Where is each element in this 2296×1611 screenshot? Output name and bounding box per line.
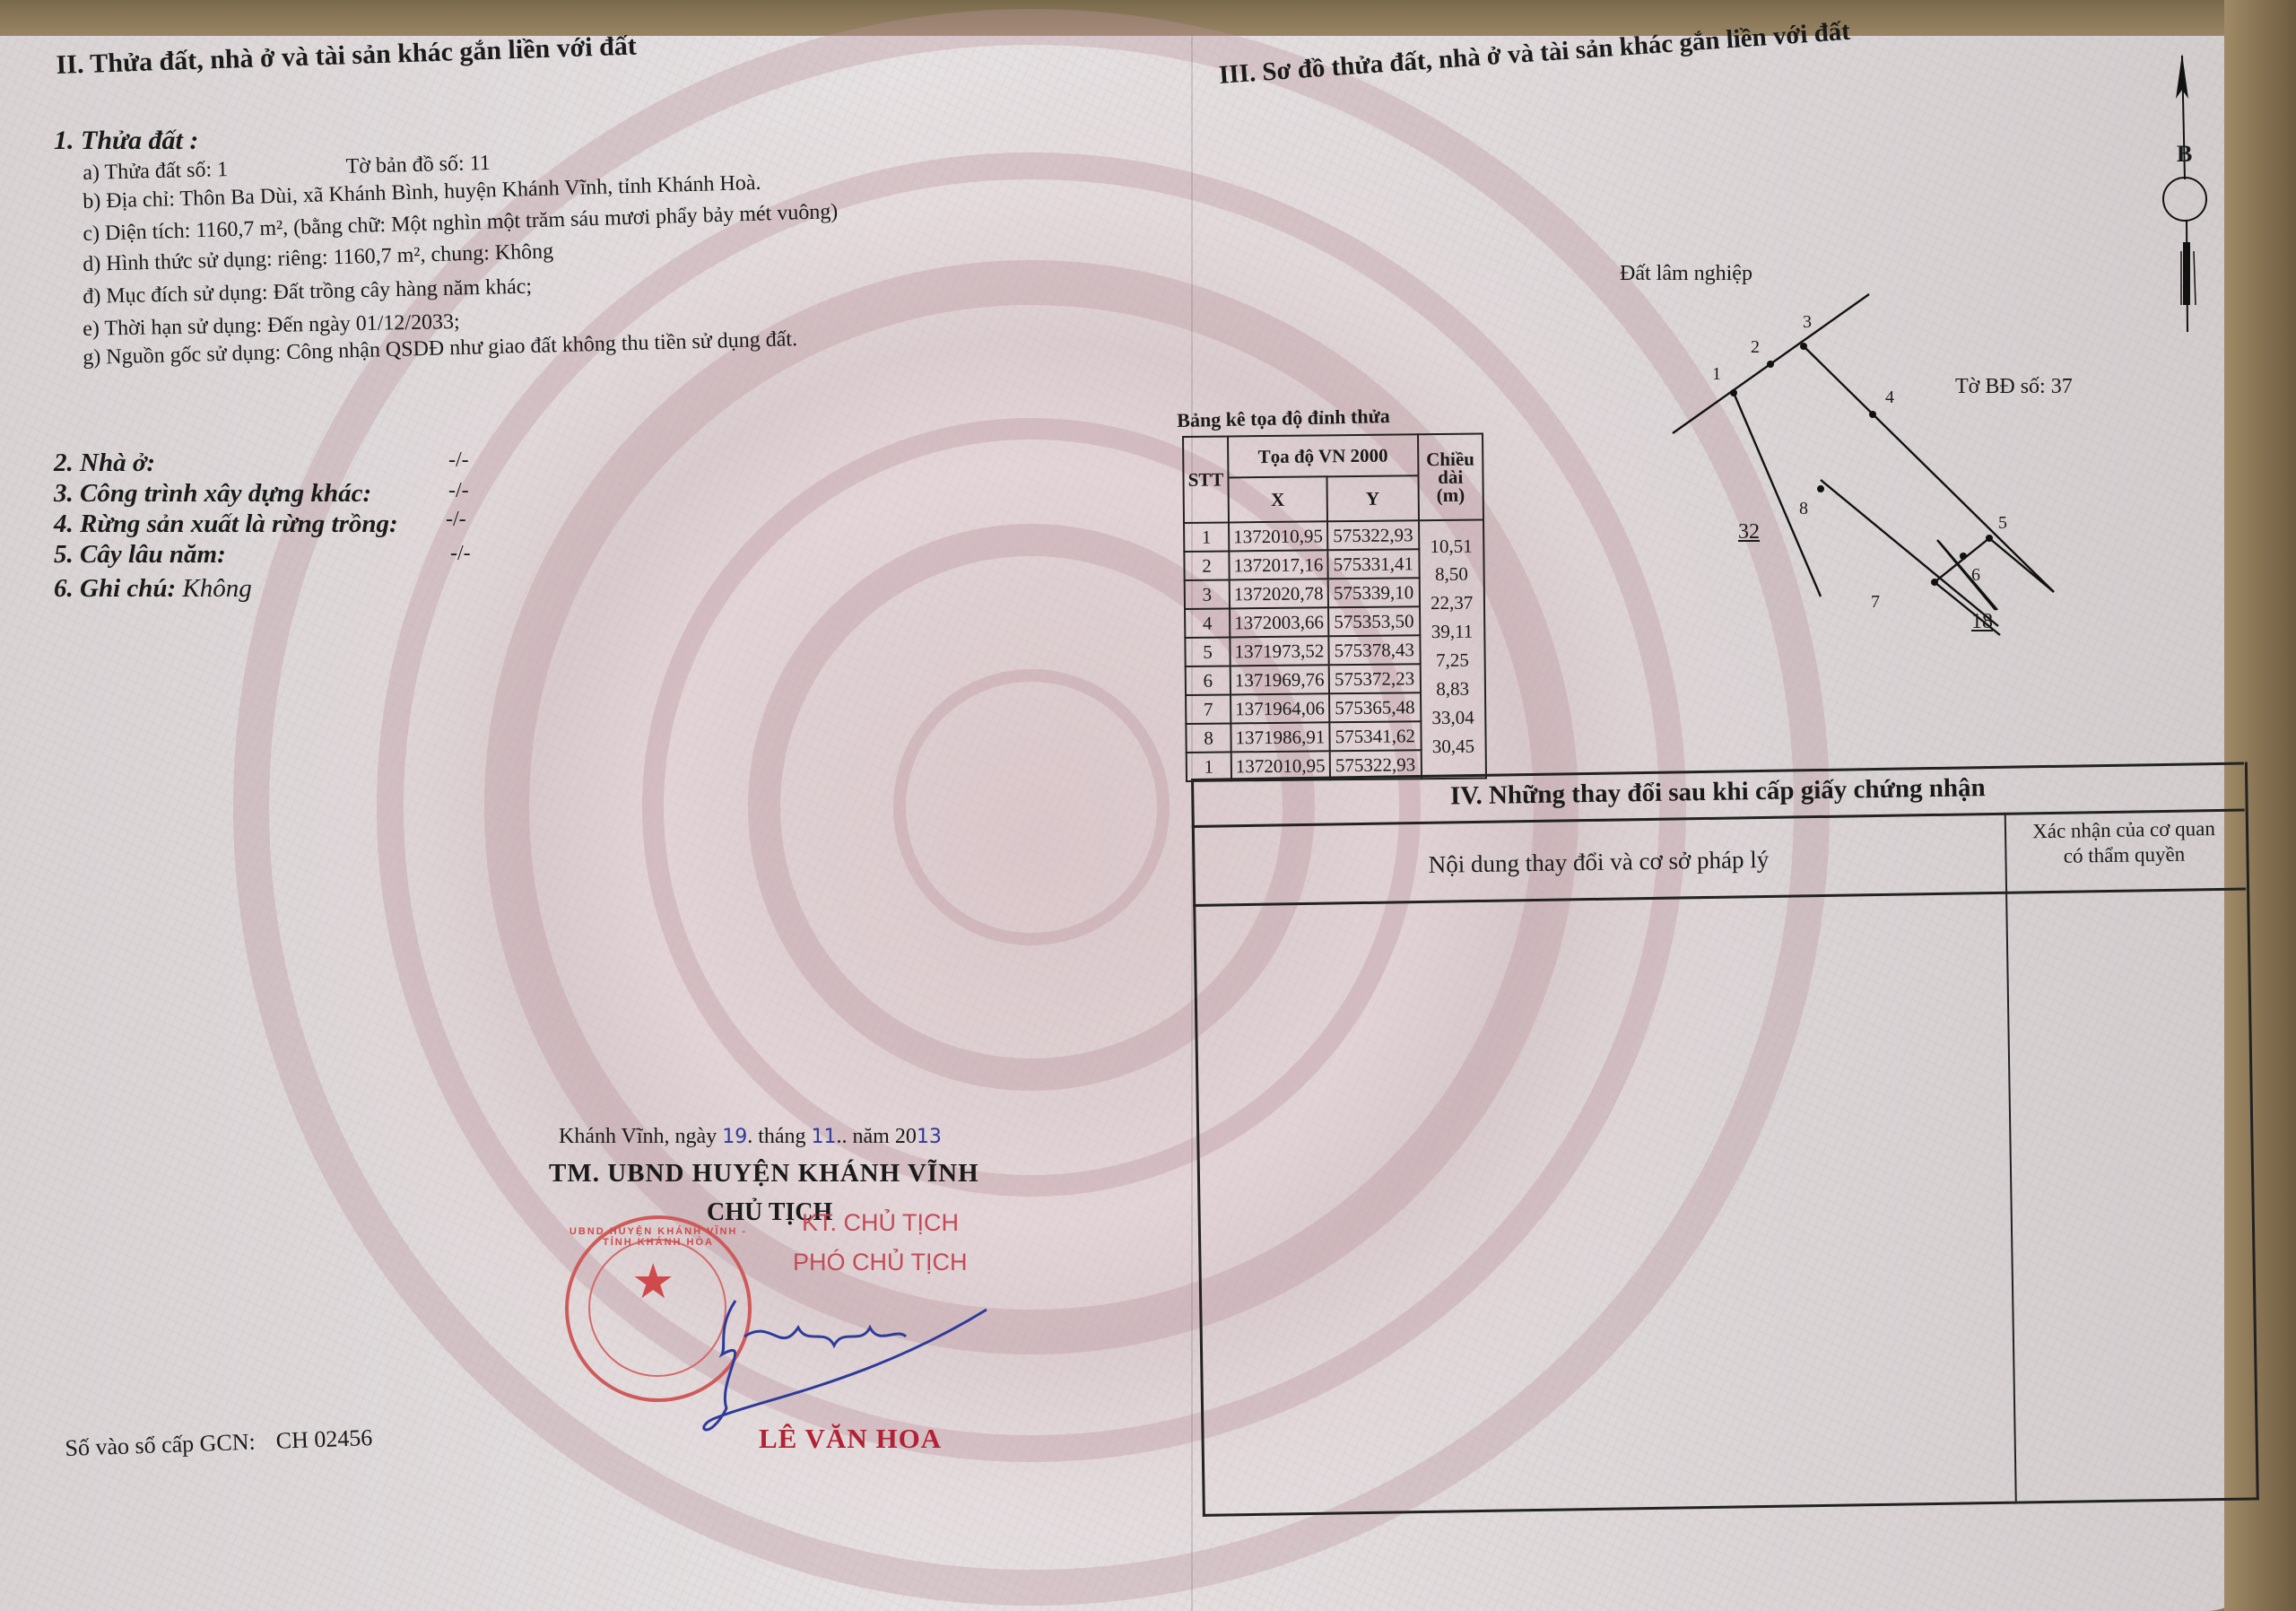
col-authority-confirmation: Xác nhận của cơ quan có thẩm quyền <box>2005 816 2244 870</box>
coord-stt: 2 <box>1184 551 1229 580</box>
item-planted-forest-label: 4. Rừng sản xuất là rừng trồng: <box>54 509 398 539</box>
coord-x: 1371969,76 <box>1231 665 1329 694</box>
coord-x: 1372017,16 <box>1229 550 1327 579</box>
north-arrow-icon <box>2152 45 2224 341</box>
coordinate-table: STT Tọa độ VN 2000 Chiều dài (m) X Y 113… <box>1182 432 1487 781</box>
land-heading: 1. Thửa đất : <box>54 126 198 156</box>
coord-row: 21372017,16575331,418,50 <box>1184 548 1483 579</box>
coord-y: 575378,43 <box>1328 635 1420 665</box>
issue-day: 19 <box>722 1126 747 1148</box>
item-planted-forest-value: -/- <box>446 508 466 532</box>
vertex-label-8: 8 <box>1799 499 1808 519</box>
coord-x: 1372020,78 <box>1230 579 1328 608</box>
coord-length: 33,04 <box>1421 692 1485 721</box>
vertex-label-2: 2 <box>1751 337 1760 358</box>
coord-y: 575353,50 <box>1328 606 1420 636</box>
parcel-number: 1 <box>217 158 229 181</box>
item-note-value: Không <box>182 574 251 603</box>
deputy-stamp-line1: KT. CHỦ TỊCH <box>802 1209 959 1237</box>
coord-row: 51371973,52575378,437,25 <box>1185 634 1484 666</box>
coord-x: 1372003,66 <box>1230 607 1328 637</box>
coord-x: 1372010,95 <box>1229 521 1327 551</box>
item-other-construction-value: -/- <box>448 479 469 503</box>
col-y: Y <box>1326 475 1419 521</box>
map-sheet-label: Tờ bản đồ số: <box>345 152 465 179</box>
coord-row: 71371964,06575365,4833,04 <box>1186 692 1485 723</box>
star-icon: ★ <box>631 1253 674 1310</box>
vertex-label-5: 5 <box>1998 513 2007 534</box>
coord-row: 41372003,66575353,5039,11 <box>1185 605 1484 637</box>
vertex-label-3: 3 <box>1803 312 1812 333</box>
coord-y: 575341,62 <box>1329 721 1421 751</box>
parcel-number-label: a) Thửa đất số: <box>83 158 212 185</box>
signer-name: LÊ VĂN HOA <box>759 1423 942 1455</box>
deputy-stamp-line2: PHÓ CHỦ TỊCH <box>793 1249 968 1276</box>
coord-stt: 6 <box>1186 666 1231 695</box>
coord-y: 575365,48 <box>1329 692 1421 722</box>
coord-stt: 1 <box>1187 752 1231 781</box>
coord-y: 575372,23 <box>1328 664 1420 693</box>
coord-y: 575331,41 <box>1327 549 1419 579</box>
item-perennial-value: -/- <box>450 542 471 566</box>
map-sheet-number: 11 <box>469 152 491 176</box>
coord-row: 11372010,95575322,9310,51 <box>1184 519 1483 551</box>
item-other-construction-label: 3. Công trình xây dựng khác: <box>54 479 371 509</box>
coord-y: 575339,10 <box>1327 578 1419 607</box>
item-house-value: -/- <box>448 448 469 473</box>
coord-stt: 1 <box>1184 522 1229 552</box>
coord-x: 1371986,91 <box>1231 722 1329 752</box>
parcel-diagram <box>1596 251 2135 646</box>
item-house-label: 2. Nhà ở: <box>54 448 155 478</box>
coord-stt: 3 <box>1185 579 1230 609</box>
neighbor-top-label: Đất lâm nghiệp <box>1620 262 1752 286</box>
coord-x: 1371973,52 <box>1230 636 1328 666</box>
coord-row: 31372020,78575339,1022,37 <box>1185 577 1484 608</box>
item-perennial-label: 5. Cây lâu năm: <box>54 540 226 570</box>
changes-table: IV. Những thay đổi sau khi cấp giấy chứn… <box>1191 762 2256 1532</box>
coord-x: 1371964,06 <box>1231 693 1329 723</box>
coord-row: 61371969,76575372,238,83 <box>1186 663 1485 694</box>
col-stt: STT <box>1183 436 1229 523</box>
issue-date: Khánh Vĩnh, ngày 19. tháng 11.. năm 2013 <box>559 1125 942 1149</box>
coord-length: 30,45 <box>1421 720 1485 750</box>
coord-stt: 7 <box>1186 694 1231 724</box>
coord-row: 81371986,91575341,6230,45 <box>1186 720 1485 752</box>
coord-stt: 8 <box>1186 723 1231 753</box>
registry-value: CH 02456 <box>275 1424 373 1454</box>
coord-length: 39,11 <box>1420 605 1484 635</box>
issue-month: 11 <box>812 1126 837 1148</box>
coord-y: 575322,93 <box>1327 520 1419 550</box>
coord-length: 8,50 <box>1419 548 1483 578</box>
coord-length: 8,83 <box>1420 663 1484 692</box>
north-label: B <box>2177 141 2192 168</box>
coord-length: 7,25 <box>1420 634 1484 664</box>
vertex-label-1: 1 <box>1712 364 1721 385</box>
col-length: Chiều dài (m) <box>1418 433 1483 520</box>
issue-year: 13 <box>917 1126 942 1148</box>
vertex-label-7: 7 <box>1871 592 1880 613</box>
col-x: X <box>1228 476 1326 522</box>
coord-stt: 5 <box>1185 637 1230 666</box>
neighbor-bottom-parcel: 18 <box>1971 610 1993 634</box>
coord-length: 22,37 <box>1419 577 1483 606</box>
coord-length: 10,51 <box>1419 519 1483 549</box>
neighbor-sheet-label: Tờ BĐ số: 37 <box>1955 375 2073 399</box>
vertex-label-6: 6 <box>1971 565 1980 586</box>
coord-table-title: Bảng kê tọa độ đỉnh thửa <box>1177 405 1390 432</box>
col-vn2000: Tọa độ VN 2000 <box>1228 434 1418 477</box>
issuing-authority: TM. UBND HUYỆN KHÁNH VĨNH <box>549 1159 979 1189</box>
vertex-label-4: 4 <box>1885 388 1894 408</box>
coord-stt: 4 <box>1185 608 1230 638</box>
neighbor-left-parcel: 32 <box>1738 520 1760 544</box>
item-note-label: 6. Ghi chú: Không <box>54 574 252 604</box>
